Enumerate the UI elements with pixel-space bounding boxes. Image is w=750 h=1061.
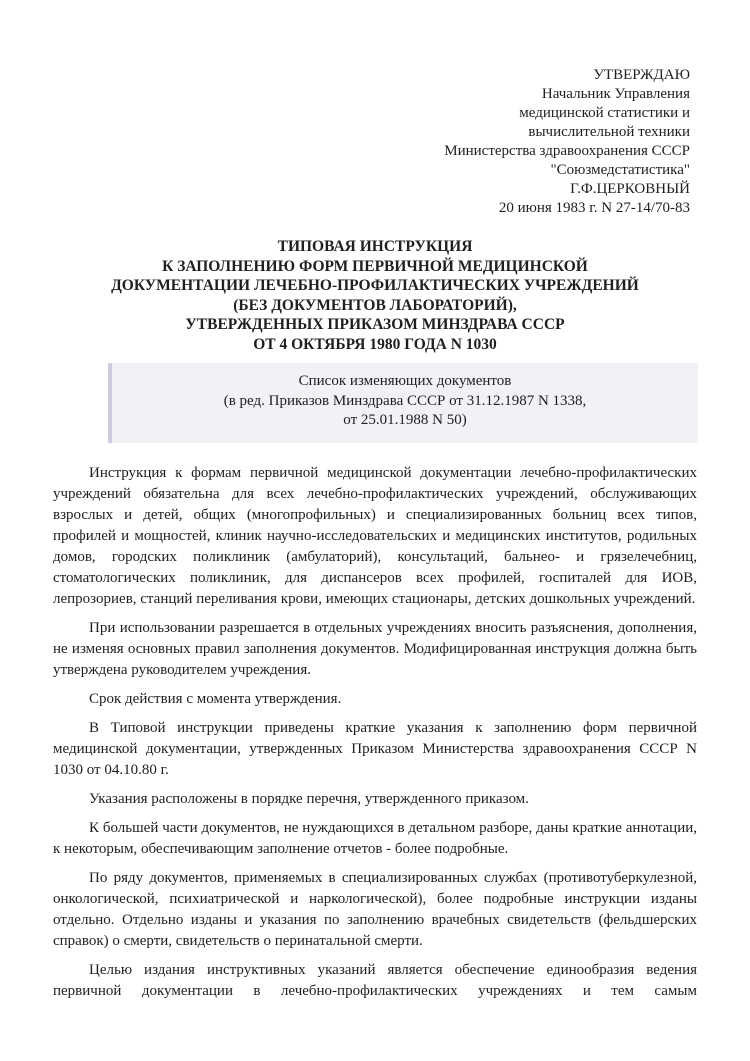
title-line-6: ОТ 4 ОКТЯБРЯ 1980 ГОДА N 1030	[0, 335, 750, 355]
amendments-box: Список изменяющих документов (в ред. При…	[108, 363, 698, 443]
body-paragraph-3: Срок действия с момента утверждения.	[53, 689, 697, 710]
amendments-box-heading: Список изменяющих документов	[120, 372, 690, 392]
approval-line-org: "Союзмедстатистика"	[0, 161, 690, 180]
document-page: УТВЕРЖДАЮ Начальник Управления медицинск…	[0, 0, 750, 1061]
body-paragraph-1: Инструкция к формам первичной медицинско…	[53, 463, 697, 610]
title-line-3: ДОКУМЕНТАЦИИ ЛЕЧЕБНО-ПРОФИЛАКТИЧЕСКИХ УЧ…	[0, 276, 750, 296]
body-paragraph-8-cut-off: Целью издания инструктивных указаний явл…	[53, 960, 697, 1002]
document-body: Инструкция к формам первичной медицинско…	[53, 463, 697, 1002]
body-paragraph-7: По ряду документов, применяемых в специа…	[53, 868, 697, 952]
title-line-5: УТВЕРЖДЕННЫХ ПРИКАЗОМ МИНЗДРАВА СССР	[0, 315, 750, 335]
approval-line-signatory: Г.Ф.ЦЕРКОВНЫЙ	[0, 180, 690, 199]
body-paragraph-6: К большей части документов, не нуждающих…	[53, 818, 697, 860]
approval-line-approved: УТВЕРЖДАЮ	[0, 66, 690, 85]
approval-line-position-3: вычислительной техники	[0, 123, 690, 142]
approval-block: УТВЕРЖДАЮ Начальник Управления медицинск…	[0, 66, 690, 218]
amendments-box-edit-line-2: от 25.01.1988 N 50)	[120, 411, 690, 431]
approval-line-ministry: Министерства здравоохранения СССР	[0, 142, 690, 161]
amendments-box-edit-line-1: (в ред. Приказов Минздрава СССР от 31.12…	[120, 392, 690, 412]
approval-line-position-1: Начальник Управления	[0, 85, 690, 104]
document-title: ТИПОВАЯ ИНСТРУКЦИЯ К ЗАПОЛНЕНИЮ ФОРМ ПЕР…	[0, 237, 750, 354]
body-paragraph-5: Указания расположены в порядке перечня, …	[53, 789, 697, 810]
approval-line-date-number: 20 июня 1983 г. N 27-14/70-83	[0, 199, 690, 218]
body-paragraph-2: При использовании разрешается в отдельны…	[53, 618, 697, 681]
approval-line-position-2: медицинской статистики и	[0, 104, 690, 123]
title-line-4: (БЕЗ ДОКУМЕНТОВ ЛАБОРАТОРИЙ),	[0, 296, 750, 316]
title-line-2: К ЗАПОЛНЕНИЮ ФОРМ ПЕРВИЧНОЙ МЕДИЦИНСКОЙ	[0, 257, 750, 277]
title-line-1: ТИПОВАЯ ИНСТРУКЦИЯ	[0, 237, 750, 257]
body-paragraph-4: В Типовой инструкции приведены краткие у…	[53, 718, 697, 781]
